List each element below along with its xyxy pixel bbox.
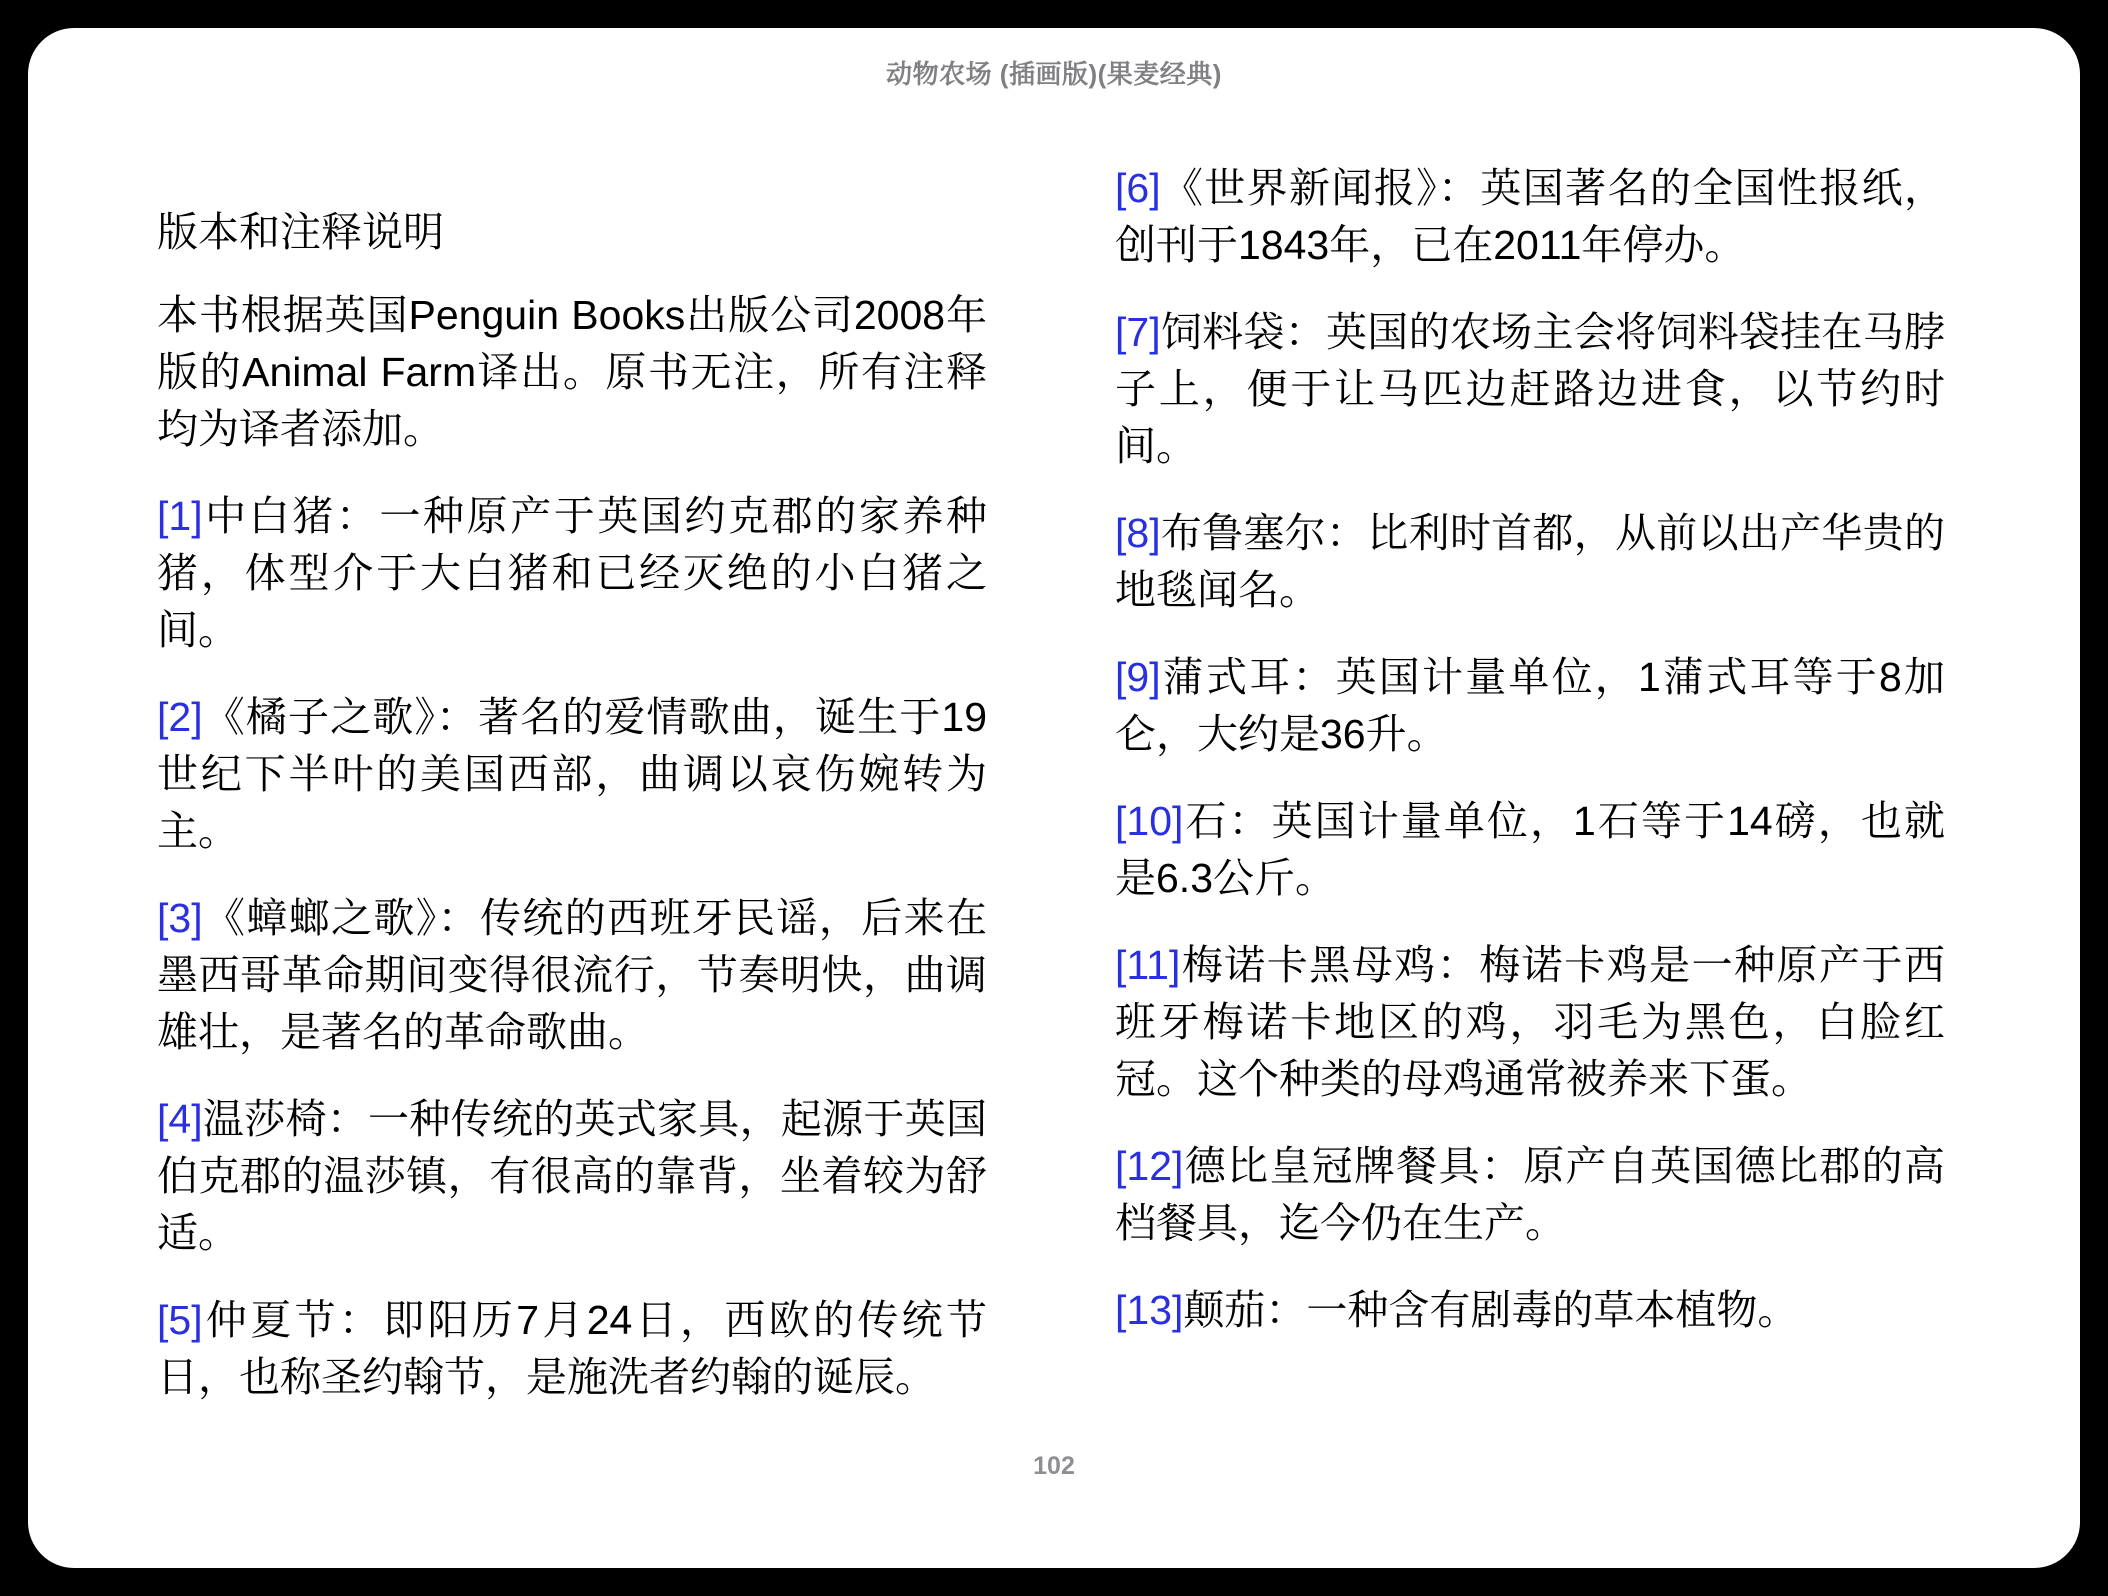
footnote-item: [10]石：英国计量单位，1石等于14磅，也就是6.3公斤。: [1115, 793, 1945, 907]
footnote-ref-link[interactable]: [13]: [1115, 1287, 1183, 1333]
footnote-text: 《蟑螂之歌》：传统的西班牙民谣，后来在墨西哥革命期间变得很流行，节奏明快，曲调雄…: [157, 895, 987, 1055]
footnote-text: 温莎椅：一种传统的英式家具，起源于英国伯克郡的温莎镇，有很高的靠背，坐着较为舒适…: [157, 1096, 987, 1256]
book-title-header: 动物农场 (插画版)(果麦经典): [28, 54, 2080, 91]
text-column-left: 版本和注释说明 本书根据英国Penguin Books出版公司2008年版的An…: [157, 204, 987, 1436]
footnote-text: 仲夏节：即阳历7月24日，西欧的传统节日，也称圣约翰节，是施洗者约翰的诞辰。: [157, 1297, 987, 1400]
section-title: 版本和注释说明: [157, 204, 987, 261]
footnote-ref-link[interactable]: [5]: [157, 1297, 203, 1343]
text-column-right: [6]《世界新闻报》：英国著名的全国性报纸，创刊于1843年，已在2011年停办…: [1115, 160, 1945, 1369]
footnote-item: [6]《世界新闻报》：英国著名的全国性报纸，创刊于1843年，已在2011年停办…: [1115, 160, 1945, 274]
footnote-ref-link[interactable]: [7]: [1115, 309, 1161, 355]
footnote-item: [12]德比皇冠牌餐具：原产自英国德比郡的高档餐具，迄今仍在生产。: [1115, 1138, 1945, 1252]
footnote-ref-link[interactable]: [3]: [157, 895, 203, 941]
footnote-item: [1]中白猪：一种原产于英国约克郡的家养种猪，体型介于大白猪和已经灭绝的小白猪之…: [157, 488, 987, 659]
footnote-item: [7]饲料袋：英国的农场主会将饲料袋挂在马脖子上，便于让马匹边赶路边进食，以节约…: [1115, 304, 1945, 475]
footnote-ref-link[interactable]: [10]: [1115, 798, 1183, 844]
footnote-ref-link[interactable]: [11]: [1115, 942, 1180, 988]
page-number-indicator: 102: [28, 1452, 2080, 1481]
footnote-item: [5]仲夏节：即阳历7月24日，西欧的传统节日，也称圣约翰节，是施洗者约翰的诞辰…: [157, 1292, 987, 1406]
footnote-ref-link[interactable]: [6]: [1115, 165, 1161, 211]
footnote-text: 饲料袋：英国的农场主会将饲料袋挂在马脖子上，便于让马匹边赶路边进食，以节约时间。: [1115, 309, 1945, 469]
footnote-ref-link[interactable]: [4]: [157, 1096, 203, 1142]
footnote-text: 颠茄：一种含有剧毒的草本植物。: [1183, 1287, 1798, 1333]
footnote-text: 布鲁塞尔：比利时首都，从前以出产华贵的地毯闻名。: [1115, 510, 1945, 613]
footnote-ref-link[interactable]: [9]: [1115, 654, 1161, 700]
footnote-text: 《世界新闻报》：英国著名的全国性报纸，创刊于1843年，已在2011年停办。: [1115, 165, 1945, 268]
footnote-text: 中白猪：一种原产于英国约克郡的家养种猪，体型介于大白猪和已经灭绝的小白猪之间。: [157, 493, 987, 653]
footnote-item: [3]《蟑螂之歌》：传统的西班牙民谣，后来在墨西哥革命期间变得很流行，节奏明快，…: [157, 890, 987, 1061]
footnote-ref-link[interactable]: [2]: [157, 694, 203, 740]
footnote-item: [9]蒲式耳：英国计量单位，1蒲式耳等于8加仑，大约是36升。: [1115, 649, 1945, 763]
footnote-item: [2]《橘子之歌》：著名的爱情歌曲，诞生于19世纪下半叶的美国西部，曲调以哀伤婉…: [157, 689, 987, 860]
footnote-ref-link[interactable]: [12]: [1115, 1143, 1183, 1189]
reader-window: 动物农场 (插画版)(果麦经典) 版本和注释说明 本书根据英国Penguin B…: [0, 0, 2108, 1596]
book-page[interactable]: 动物农场 (插画版)(果麦经典) 版本和注释说明 本书根据英国Penguin B…: [28, 28, 2080, 1568]
footnote-item: [13]颠茄：一种含有剧毒的草本植物。: [1115, 1282, 1945, 1339]
footnote-text: 石：英国计量单位，1石等于14磅，也就是6.3公斤。: [1115, 798, 1945, 901]
footnote-ref-link[interactable]: [1]: [157, 493, 203, 539]
footnote-text: 蒲式耳：英国计量单位，1蒲式耳等于8加仑，大约是36升。: [1115, 654, 1945, 757]
footnote-text: 德比皇冠牌餐具：原产自英国德比郡的高档餐具，迄今仍在生产。: [1115, 1143, 1945, 1246]
footnote-item: [8]布鲁塞尔：比利时首都，从前以出产华贵的地毯闻名。: [1115, 505, 1945, 619]
footnote-item: [4]温莎椅：一种传统的英式家具，起源于英国伯克郡的温莎镇，有很高的靠背，坐着较…: [157, 1091, 987, 1262]
footnote-text: 《橘子之歌》：著名的爱情歌曲，诞生于19世纪下半叶的美国西部，曲调以哀伤婉转为主…: [157, 694, 987, 854]
footnote-ref-link[interactable]: [8]: [1115, 510, 1161, 556]
footnote-item: [11]梅诺卡黑母鸡：梅诺卡鸡是一种原产于西班牙梅诺卡地区的鸡，羽毛为黑色，白脸…: [1115, 937, 1945, 1108]
intro-paragraph: 本书根据英国Penguin Books出版公司2008年版的Animal Far…: [157, 287, 987, 458]
footnote-text: 梅诺卡黑母鸡：梅诺卡鸡是一种原产于西班牙梅诺卡地区的鸡，羽毛为黑色，白脸红冠。这…: [1115, 942, 1945, 1102]
